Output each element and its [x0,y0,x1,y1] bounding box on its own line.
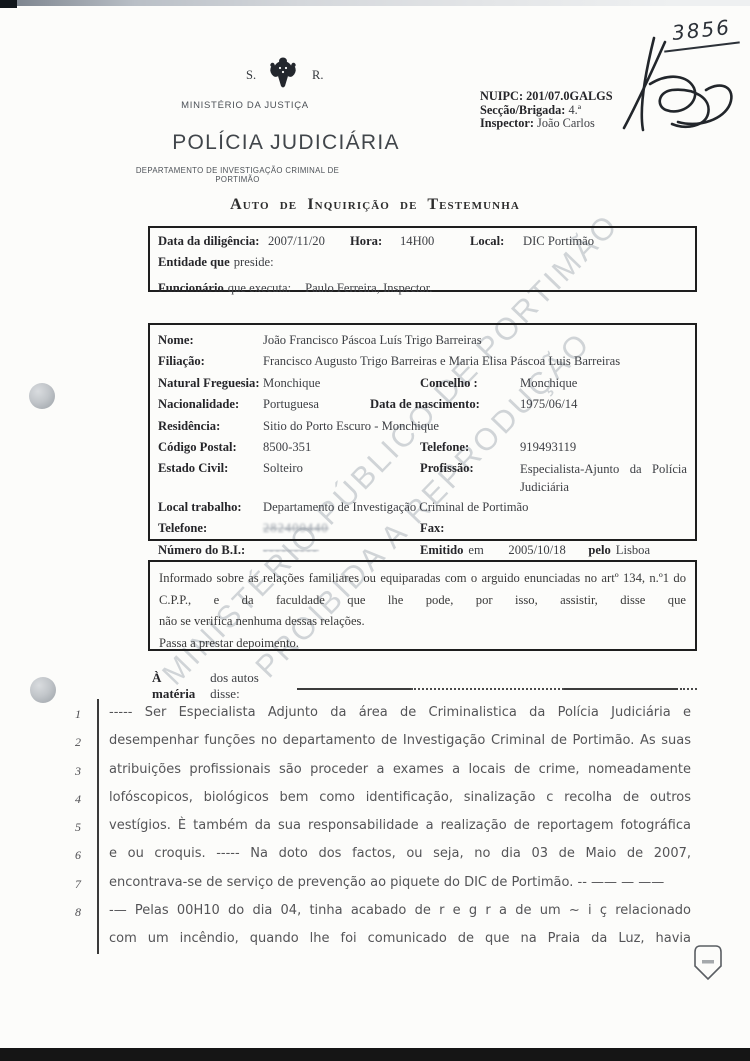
telefone2-value-redacted: 282400440 [263,518,420,539]
document-title: Auto de Inquirição de Testemunha [0,196,750,214]
line-number: 8 [66,898,90,926]
witness-row-natural: Natural Freguesia: Monchique Concelho : … [158,373,687,394]
statement-line: encontrava-se de serviço de prevenção ao… [109,869,691,897]
telefone-label: Telefone: [420,437,520,458]
notice-line: Passa a prestar depoimento. [159,633,686,655]
line-number: 3 [66,757,90,785]
residencia-value: Sitio do Porto Escuro - Monchique [263,416,439,437]
diligencia-box: Data da diligência: 2007/11/20 Hora: 14H… [148,226,697,292]
natural-label: Natural Freguesia: [158,373,263,394]
natural-value: Monchique [263,373,420,394]
concelho-label: Concelho : [420,373,520,394]
fax-label: Fax: [420,518,444,539]
line-number: 6 [66,841,90,869]
materia-heading: À matéria dos autos disse: [152,670,697,702]
funcionario-label: Funcionário [158,278,224,298]
residencia-label: Residência: [158,416,263,437]
bi-label: Número do B.I.: [158,540,263,561]
case-nuipc: NUIPC: 201/07.0GALGS [480,90,613,104]
telefone2-label: Telefone: [158,518,263,539]
emblem-s-letter: S. [246,68,256,83]
diligencia-row-3: Funcionário que executa: Paulo Ferreira,… [158,278,687,298]
line-number: 4 [66,785,90,813]
funcionario-value: Paulo Ferreira, Inspector. [305,278,432,298]
case-seccao: Secção/Brigada: 4.ª [480,104,613,118]
nome-label: Nome: [158,330,263,351]
witness-identification-box: Nome: João Francisco Páscoa Luís Trigo B… [148,323,697,541]
pelo-label: pelo [588,540,610,561]
line-number: 1 [66,700,90,728]
statement-line: vestígios. È também da sua responsabilid… [109,812,691,840]
profissao-value: Especialista-Ajunto da Polícia Judiciári… [520,460,687,497]
notice-line: C.P.P., e da faculdade que lhe pode, por… [159,590,686,612]
local-trabalho-value: Departamento de Investigação Criminal de… [263,497,528,518]
local-label: Local: [470,231,523,251]
statement-line-numbers: 1 2 3 4 5 6 7 8 [66,700,90,926]
concelho-value: Monchique [520,373,577,394]
line-number: 5 [66,813,90,841]
data-diligencia-value: 2007/11/20 [268,231,350,251]
statement-line: com um incêndio, quando lhe foi comunica… [109,925,691,953]
witness-row-nacionalidade: Nacionalidade: Portuguesa Data de nascim… [158,394,687,415]
estado-civil-value: Solteiro [263,458,420,497]
hole-punch [29,383,55,409]
nacionalidade-label: Nacionalidade: [158,394,263,415]
materia-label-rest: dos autos disse: [210,670,289,702]
witness-row-filiacao: Filiação: Francisco Augusto Trigo Barrei… [158,351,687,372]
hole-punch [30,677,56,703]
bi-value-redacted: --------- [263,540,420,561]
nome-value: João Francisco Páscoa Luís Trigo Barreir… [263,330,482,351]
scan-top-edge [0,0,750,6]
emitido-label: Emitido [420,540,463,561]
statement-body: ----- Ser Especialista Adjunto da área d… [97,699,691,954]
local-trabalho-label: Local trabalho: [158,497,263,518]
case-reference-block: NUIPC: 201/07.0GALGS Secção/Brigada: 4.ª… [480,90,613,131]
filiacao-label: Filiação: [158,351,263,372]
statement-line: lofóscopicos, biológicos bem como identi… [109,784,691,812]
witness-row-bi: Número do B.I.: --------- Emitido em 200… [158,540,687,561]
diligencia-row-2: Entidade que preside: [158,252,687,272]
witness-row-nome: Nome: João Francisco Páscoa Luís Trigo B… [158,330,687,351]
paraph-stamp-icon [692,944,724,987]
nascimento-value: 1975/06/14 [520,394,577,415]
statement-line: e ou croquis. ----- Na doto dos factos, … [109,840,691,868]
codigo-postal-label: Código Postal: [158,437,263,458]
organization-name: POLÍCIA JUDICIÁRIA [158,131,414,155]
emitido-value: 2005/10/18 [508,540,588,561]
legal-notice-box: Informado sobre as relações familiares o… [148,560,697,651]
nascimento-label: Data de nascimento: [370,394,520,415]
statement-line: ----- Ser Especialista Adjunto da área d… [109,699,691,727]
data-diligencia-label: Data da diligência: [158,231,268,251]
notice-line: Informado sobre as relações familiares o… [159,568,686,590]
estado-civil-label: Estado Civil: [158,458,263,497]
materia-label-bold: À matéria [152,670,206,702]
profissao-label: Profissão: [420,458,520,497]
filiacao-value: Francisco Augusto Trigo Barreiras e Mari… [263,351,620,372]
codigo-postal-value: 8500-351 [263,437,420,458]
witness-row-codigo-postal: Código Postal: 8500-351 Telefone: 919493… [158,437,687,458]
dotted-line [411,688,564,690]
hora-label: Hora: [350,231,400,251]
pelo-value: Lisboa [616,540,650,561]
local-value: DIC Portimão [523,231,594,251]
witness-row-local-trabalho: Local trabalho: Departamento de Investig… [158,497,687,518]
statement-line: desempenhar funções no departamento de I… [109,727,691,755]
statement-line: -— Pelas 00H10 do dia 04, tinha acabado … [109,897,691,925]
scan-corner-mark [0,0,17,8]
line-number: 2 [66,728,90,756]
dotted-line [680,688,697,690]
witness-row-estado-civil: Estado Civil: Solteiro Profissão: Especi… [158,458,687,497]
scanned-document-page: MINISTÉRIO PÚBLICO DE PORTIMÃO PROIBIDA … [0,0,750,1061]
diligencia-row-1: Data da diligência: 2007/11/20 Hora: 14H… [158,231,687,251]
statement-line: atribuições profissionais são proceder a… [109,756,691,784]
notice-line: não se verifica nenhuma dessas relações. [159,611,686,633]
ruled-line [564,688,678,690]
telefone-value: 919493119 [520,437,576,458]
entidade-label: Entidade que [158,252,230,272]
witness-row-residencia: Residência: Sitio do Porto Escuro - Monc… [158,416,687,437]
ministry-name: MINISTÉRIO DA JUSTIÇA [150,100,340,111]
ruled-line [297,688,411,690]
case-inspector: Inspector: João Carlos [480,117,613,131]
scan-bottom-edge [0,1048,750,1061]
line-number: 7 [66,870,90,898]
national-crest-icon [268,56,298,95]
signature-scribble [608,32,743,139]
department-name: DEPARTAMENTO DE INVESTIGAÇÃO CRIMINAL DE… [130,166,345,184]
hora-value: 14H00 [400,231,470,251]
witness-row-telefone2: Telefone: 282400440 Fax: [158,518,687,539]
nacionalidade-value: Portuguesa [263,394,370,415]
emblem-r-letter: R. [312,68,323,83]
